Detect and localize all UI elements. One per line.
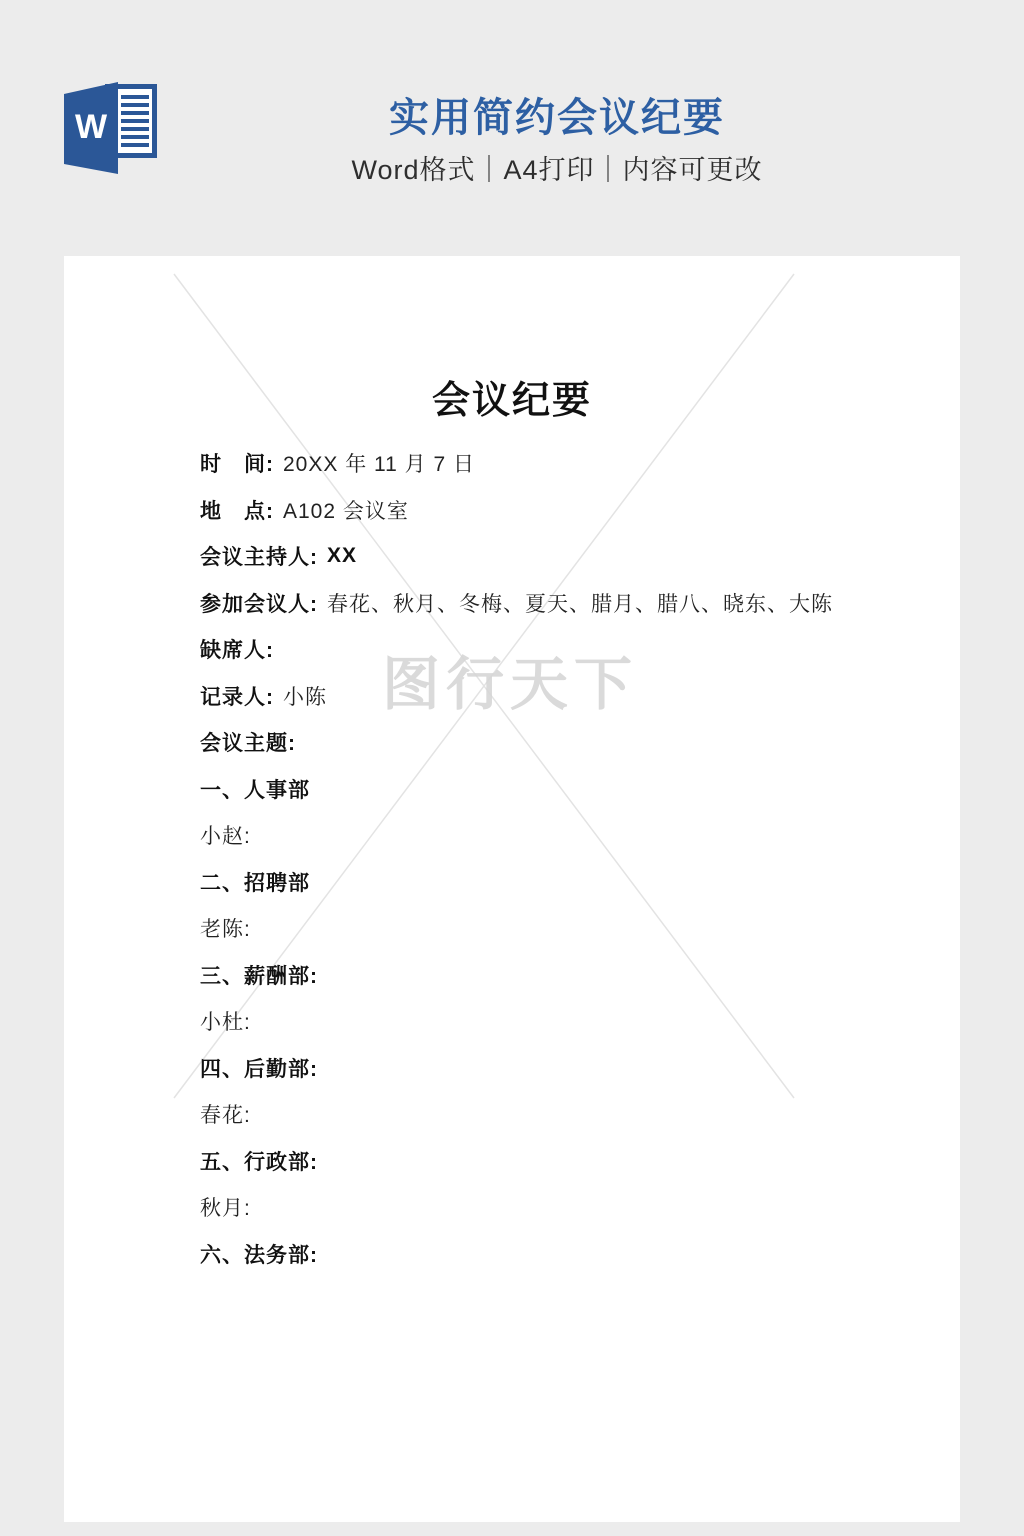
line-label: 二、招聘部 <box>200 867 310 897</box>
doc-line-recorder: 记录人: 小陈 <box>64 673 960 720</box>
document-title: 会议纪要 <box>64 373 960 429</box>
doc-line-name: 秋月: <box>64 1184 960 1231</box>
doc-line-place: 地 点: A102 会议室 <box>64 487 960 534</box>
line-label: 三、薪酬部: <box>200 960 318 990</box>
page-title: 实用简约会议纪要 <box>90 96 1024 140</box>
line-value: A102 会议室 <box>283 495 409 525</box>
doc-section-5: 五、行政部: <box>64 1138 960 1185</box>
document-body: 时 间: 20XX 年 11 月 7 日 地 点: A102 会议室 会议主持人… <box>64 440 960 1277</box>
line-value: 老陈: <box>200 913 251 943</box>
document-card: 图行天下 会议纪要 时 间: 20XX 年 11 月 7 日 地 点: A102… <box>64 256 960 1522</box>
line-label: 时 间: <box>200 448 274 478</box>
doc-line-time: 时 间: 20XX 年 11 月 7 日 <box>64 440 960 487</box>
doc-line-name: 小杜: <box>64 998 960 1045</box>
line-value: 小杜: <box>200 1006 251 1036</box>
header: W 实用简约会议纪要 Word格式｜A4打印｜内容可更改 <box>0 0 1024 256</box>
line-label: 六、法务部: <box>200 1239 318 1269</box>
line-value: 20XX 年 11 月 7 日 <box>283 448 475 478</box>
line-label: 四、后勤部: <box>200 1053 318 1083</box>
doc-line-name: 春花: <box>64 1091 960 1138</box>
line-value: 春花: <box>200 1099 251 1129</box>
doc-line-absent: 缺席人: <box>64 626 960 673</box>
line-value: XX <box>327 544 357 568</box>
doc-section-3: 三、薪酬部: <box>64 952 960 999</box>
doc-line-host: 会议主持人: XX <box>64 533 960 580</box>
line-value: 小赵: <box>200 820 251 850</box>
line-value: 小陈 <box>283 681 327 711</box>
line-label: 记录人: <box>200 681 274 711</box>
doc-line-name: 小赵: <box>64 812 960 859</box>
doc-section-6: 六、法务部: <box>64 1231 960 1278</box>
doc-line-attendees: 参加会议人: 春花、秋月、冬梅、夏天、腊月、腊八、晓东、大陈 <box>64 580 960 627</box>
line-label: 会议主持人: <box>200 541 318 571</box>
line-label: 一、人事部 <box>200 774 310 804</box>
doc-section-2: 二、招聘部 <box>64 859 960 906</box>
line-label: 地 点: <box>200 495 274 525</box>
page-subtitle: Word格式｜A4打印｜内容可更改 <box>90 152 1024 188</box>
doc-section-1: 一、人事部 <box>64 766 960 813</box>
line-value: 秋月: <box>200 1192 251 1222</box>
line-label: 参加会议人: <box>200 588 318 618</box>
doc-line-topic: 会议主题: <box>64 719 960 766</box>
line-value: 春花、秋月、冬梅、夏天、腊月、腊八、晓东、大陈 <box>327 588 833 618</box>
doc-section-4: 四、后勤部: <box>64 1045 960 1092</box>
doc-line-name: 老陈: <box>64 905 960 952</box>
line-label: 会议主题: <box>200 727 296 757</box>
line-label: 缺席人: <box>200 634 274 664</box>
line-label: 五、行政部: <box>200 1146 318 1176</box>
